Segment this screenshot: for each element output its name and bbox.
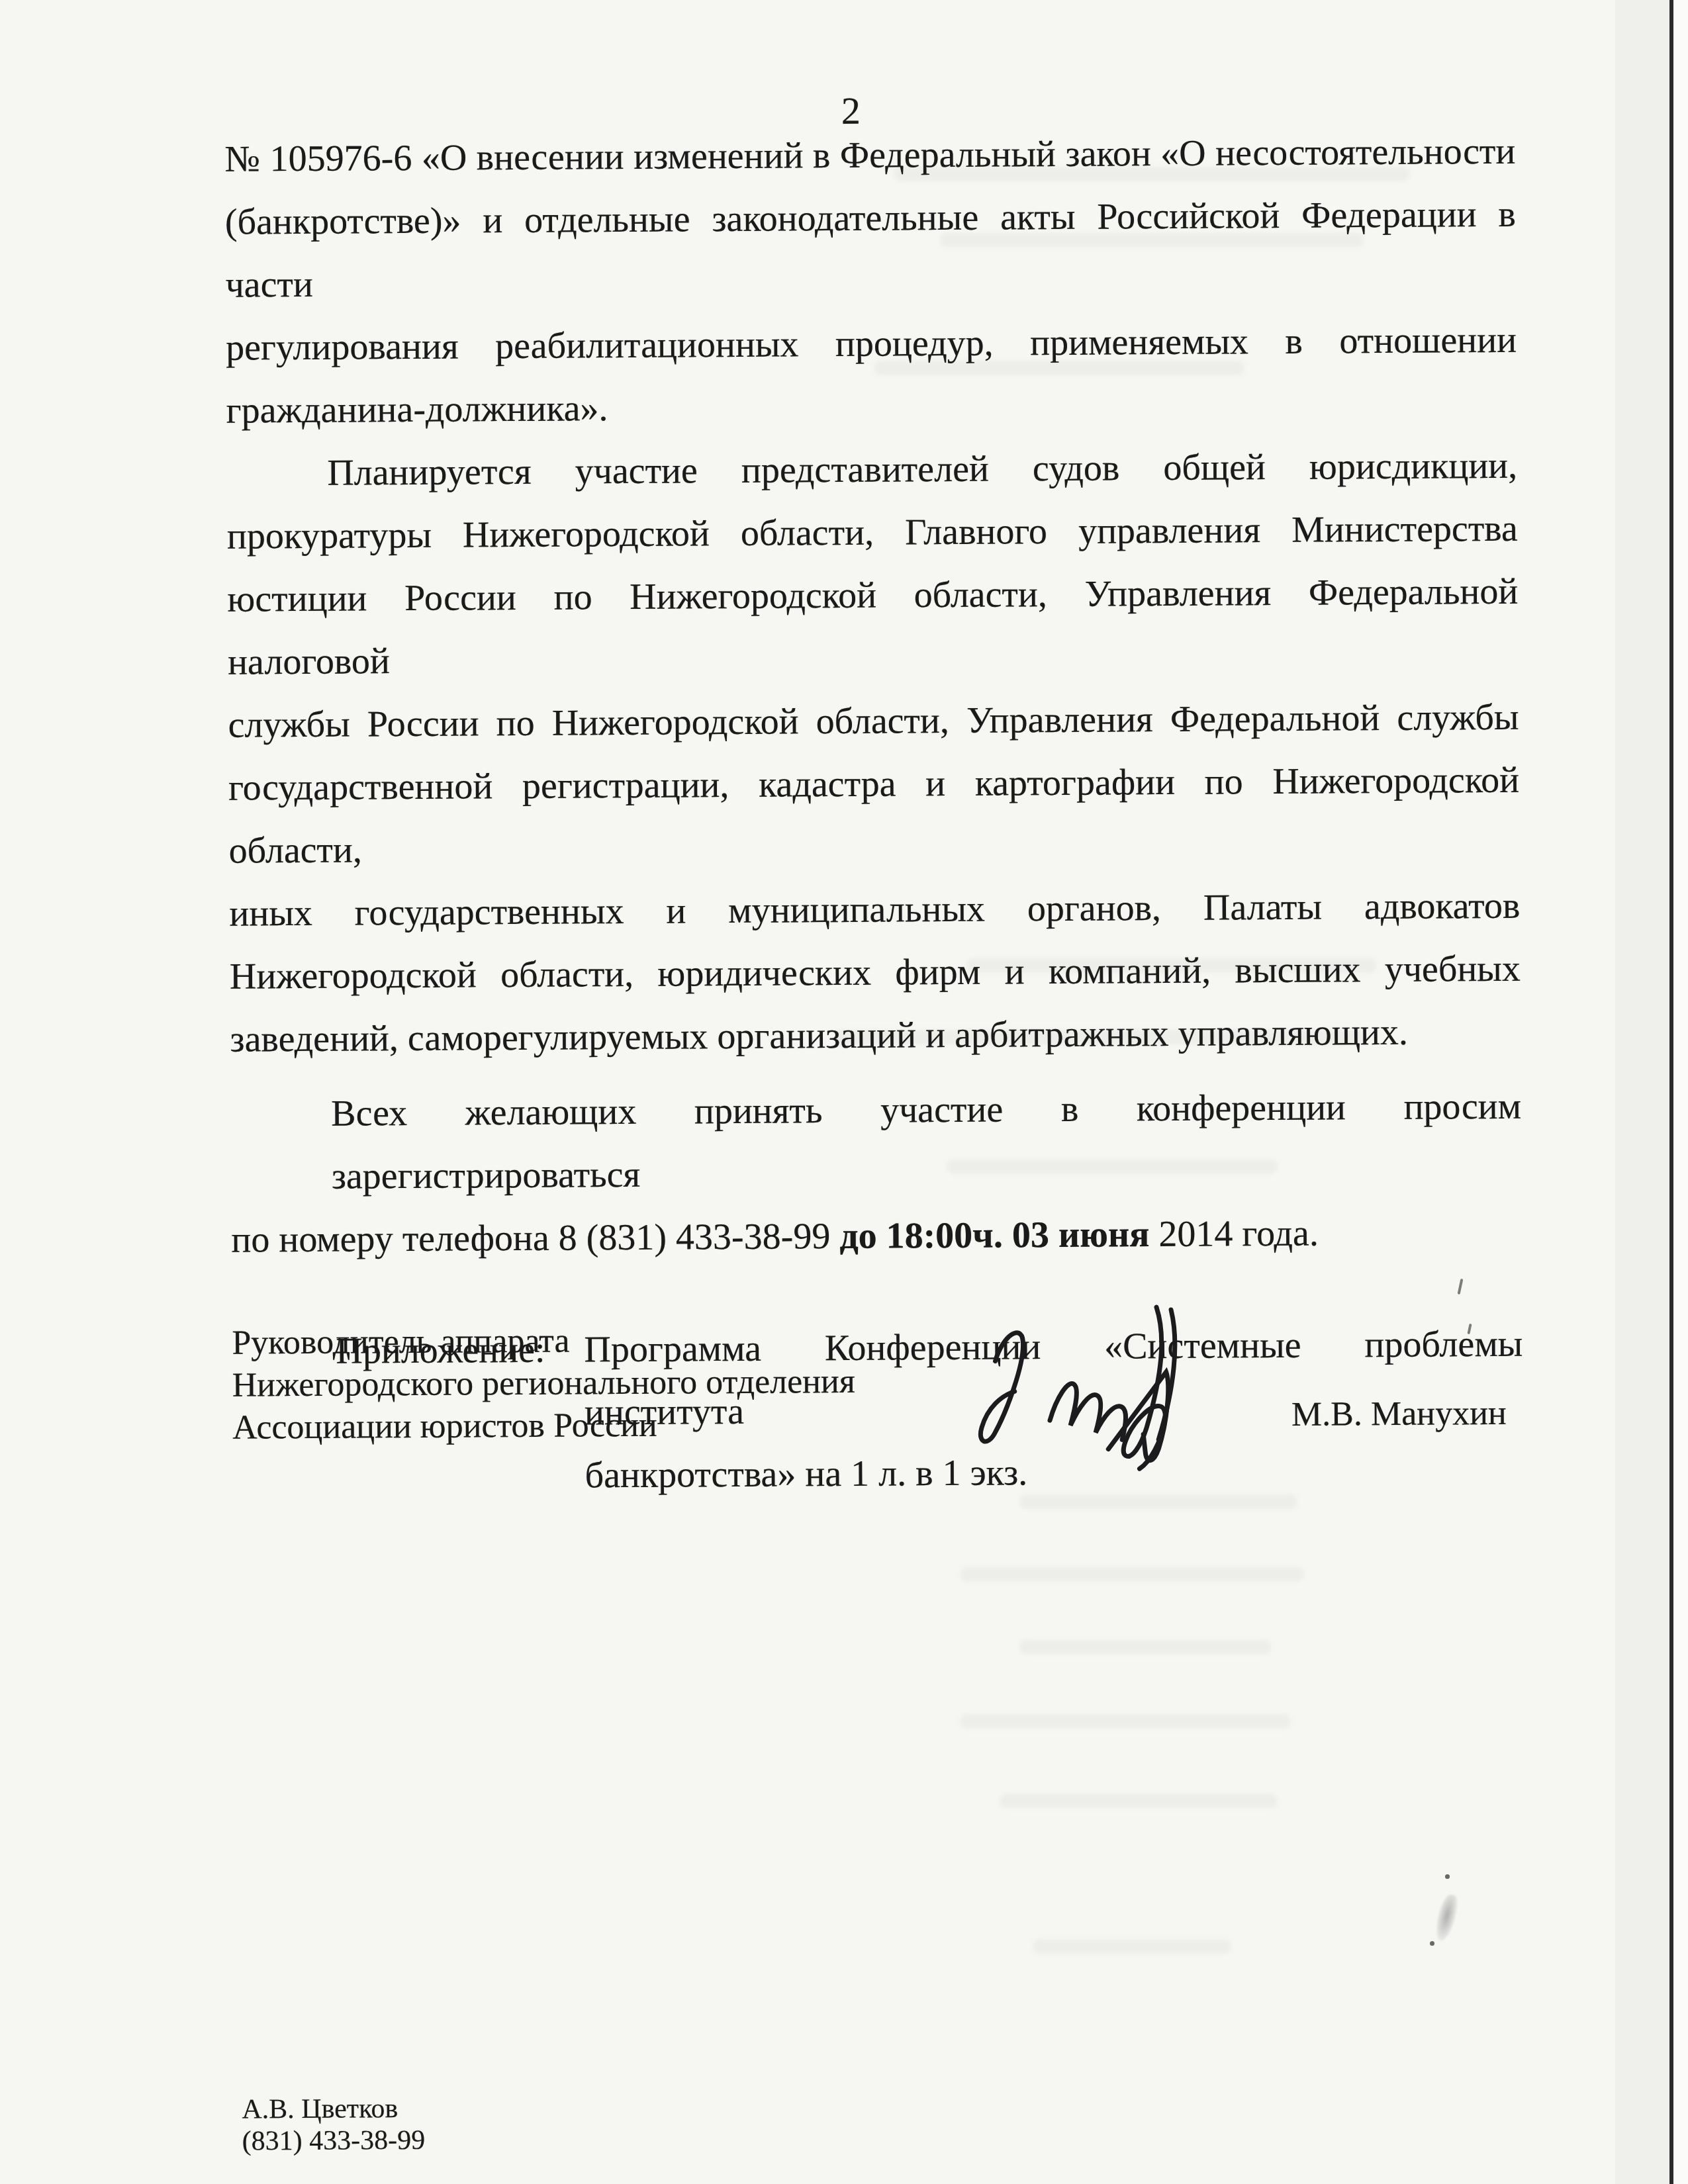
text-segment: регулирования реабилитационных процедур,…	[226, 320, 1517, 369]
signatory-title: Руководитель аппаратаНижегородского реги…	[232, 1318, 855, 1449]
text-line: Планируется участие представителей судов…	[226, 435, 1518, 506]
text-line: иных государственных и муниципальных орг…	[229, 875, 1521, 946]
executor-name: А.В. Цветков	[242, 2093, 425, 2126]
text-segment: по номеру телефона 8 (831) 433-38-99	[231, 1216, 839, 1261]
paragraph-bill-reference: № 105976-6 «О внесении изменений в Федер…	[224, 120, 1517, 443]
bold-text-segment: до 18:00ч. 03 июня	[839, 1214, 1150, 1257]
text-line: Руководитель аппарата	[232, 1318, 855, 1365]
text-line: Нижегородской области, юридических фирм …	[230, 938, 1521, 1009]
text-segment: иных государственных и муниципальных орг…	[229, 886, 1520, 934]
executor-phone: (831) 433-38-99	[242, 2124, 426, 2158]
text-segment: государственной регистрации, кадастра и …	[228, 760, 1519, 872]
text-segment: Нижегородской области, юридических фирм …	[230, 948, 1521, 997]
text-segment: (банкротстве)» и отдельные законодательн…	[225, 194, 1516, 306]
text-line: регулирования реабилитационных процедур,…	[226, 309, 1517, 380]
text-line: Нижегородского регионального отделения	[232, 1361, 855, 1407]
text-line: гражданина-должника».	[226, 372, 1517, 443]
text-segment: юстиции России по Нижегородской области,…	[227, 571, 1518, 683]
text-segment: заведений, саморегулируемых организаций …	[230, 1012, 1408, 1060]
text-segment: 2014 года.	[1149, 1213, 1319, 1255]
text-line: № 105976-6 «О внесении изменений в Федер…	[224, 120, 1516, 191]
text-line: Ассоциации юристов России	[232, 1403, 855, 1449]
paragraph-registration: Всех желающих принять участие в конферен…	[230, 1075, 1523, 1272]
text-segment: Планируется участие представителей судов…	[327, 445, 1517, 494]
text-segment: гражданина-должника».	[226, 388, 608, 432]
text-line: заведений, саморегулируемых организаций …	[230, 1001, 1521, 1071]
paragraph-participants: Планируется участие представителей судов…	[226, 435, 1521, 1071]
executor-footer: А.В. Цветков (831) 433-38-99	[242, 2093, 425, 2158]
text-line: (банкротстве)» и отдельные законодательн…	[225, 183, 1517, 317]
scanned-letter-page: 2 № 105976-6 «О внесении изменений в Фед…	[0, 0, 1688, 2184]
text-segment: прокуратуры Нижегородской области, Главн…	[227, 508, 1518, 557]
text-segment: Нижегородского регионального отделения	[232, 1363, 855, 1404]
text-segment: Руководитель аппарата	[232, 1322, 570, 1362]
letter-body: № 105976-6 «О внесении изменений в Федер…	[224, 120, 1524, 1510]
text-line: государственной регистрации, кадастра и …	[228, 749, 1520, 883]
text-segment: № 105976-6 «О внесении изменений в Федер…	[224, 131, 1515, 180]
text-line: юстиции России по Нижегородской области,…	[227, 561, 1519, 694]
signee-name: М.В. Манухин	[1291, 1394, 1507, 1435]
text-segment: Ассоциации юристов России	[232, 1406, 657, 1447]
text-line: службы России по Нижегородской области, …	[228, 686, 1519, 757]
signature-handwriting	[938, 1283, 1270, 1483]
text-segment: Всех желающих принять участие в конферен…	[331, 1086, 1521, 1197]
text-line: по номеру телефона 8 (831) 433-38-99 до …	[231, 1201, 1523, 1272]
text-line: Всех желающих принять участие в конферен…	[230, 1075, 1522, 1209]
text-segment: службы России по Нижегородской области, …	[228, 697, 1519, 746]
text-line: прокуратуры Нижегородской области, Главн…	[227, 498, 1519, 569]
